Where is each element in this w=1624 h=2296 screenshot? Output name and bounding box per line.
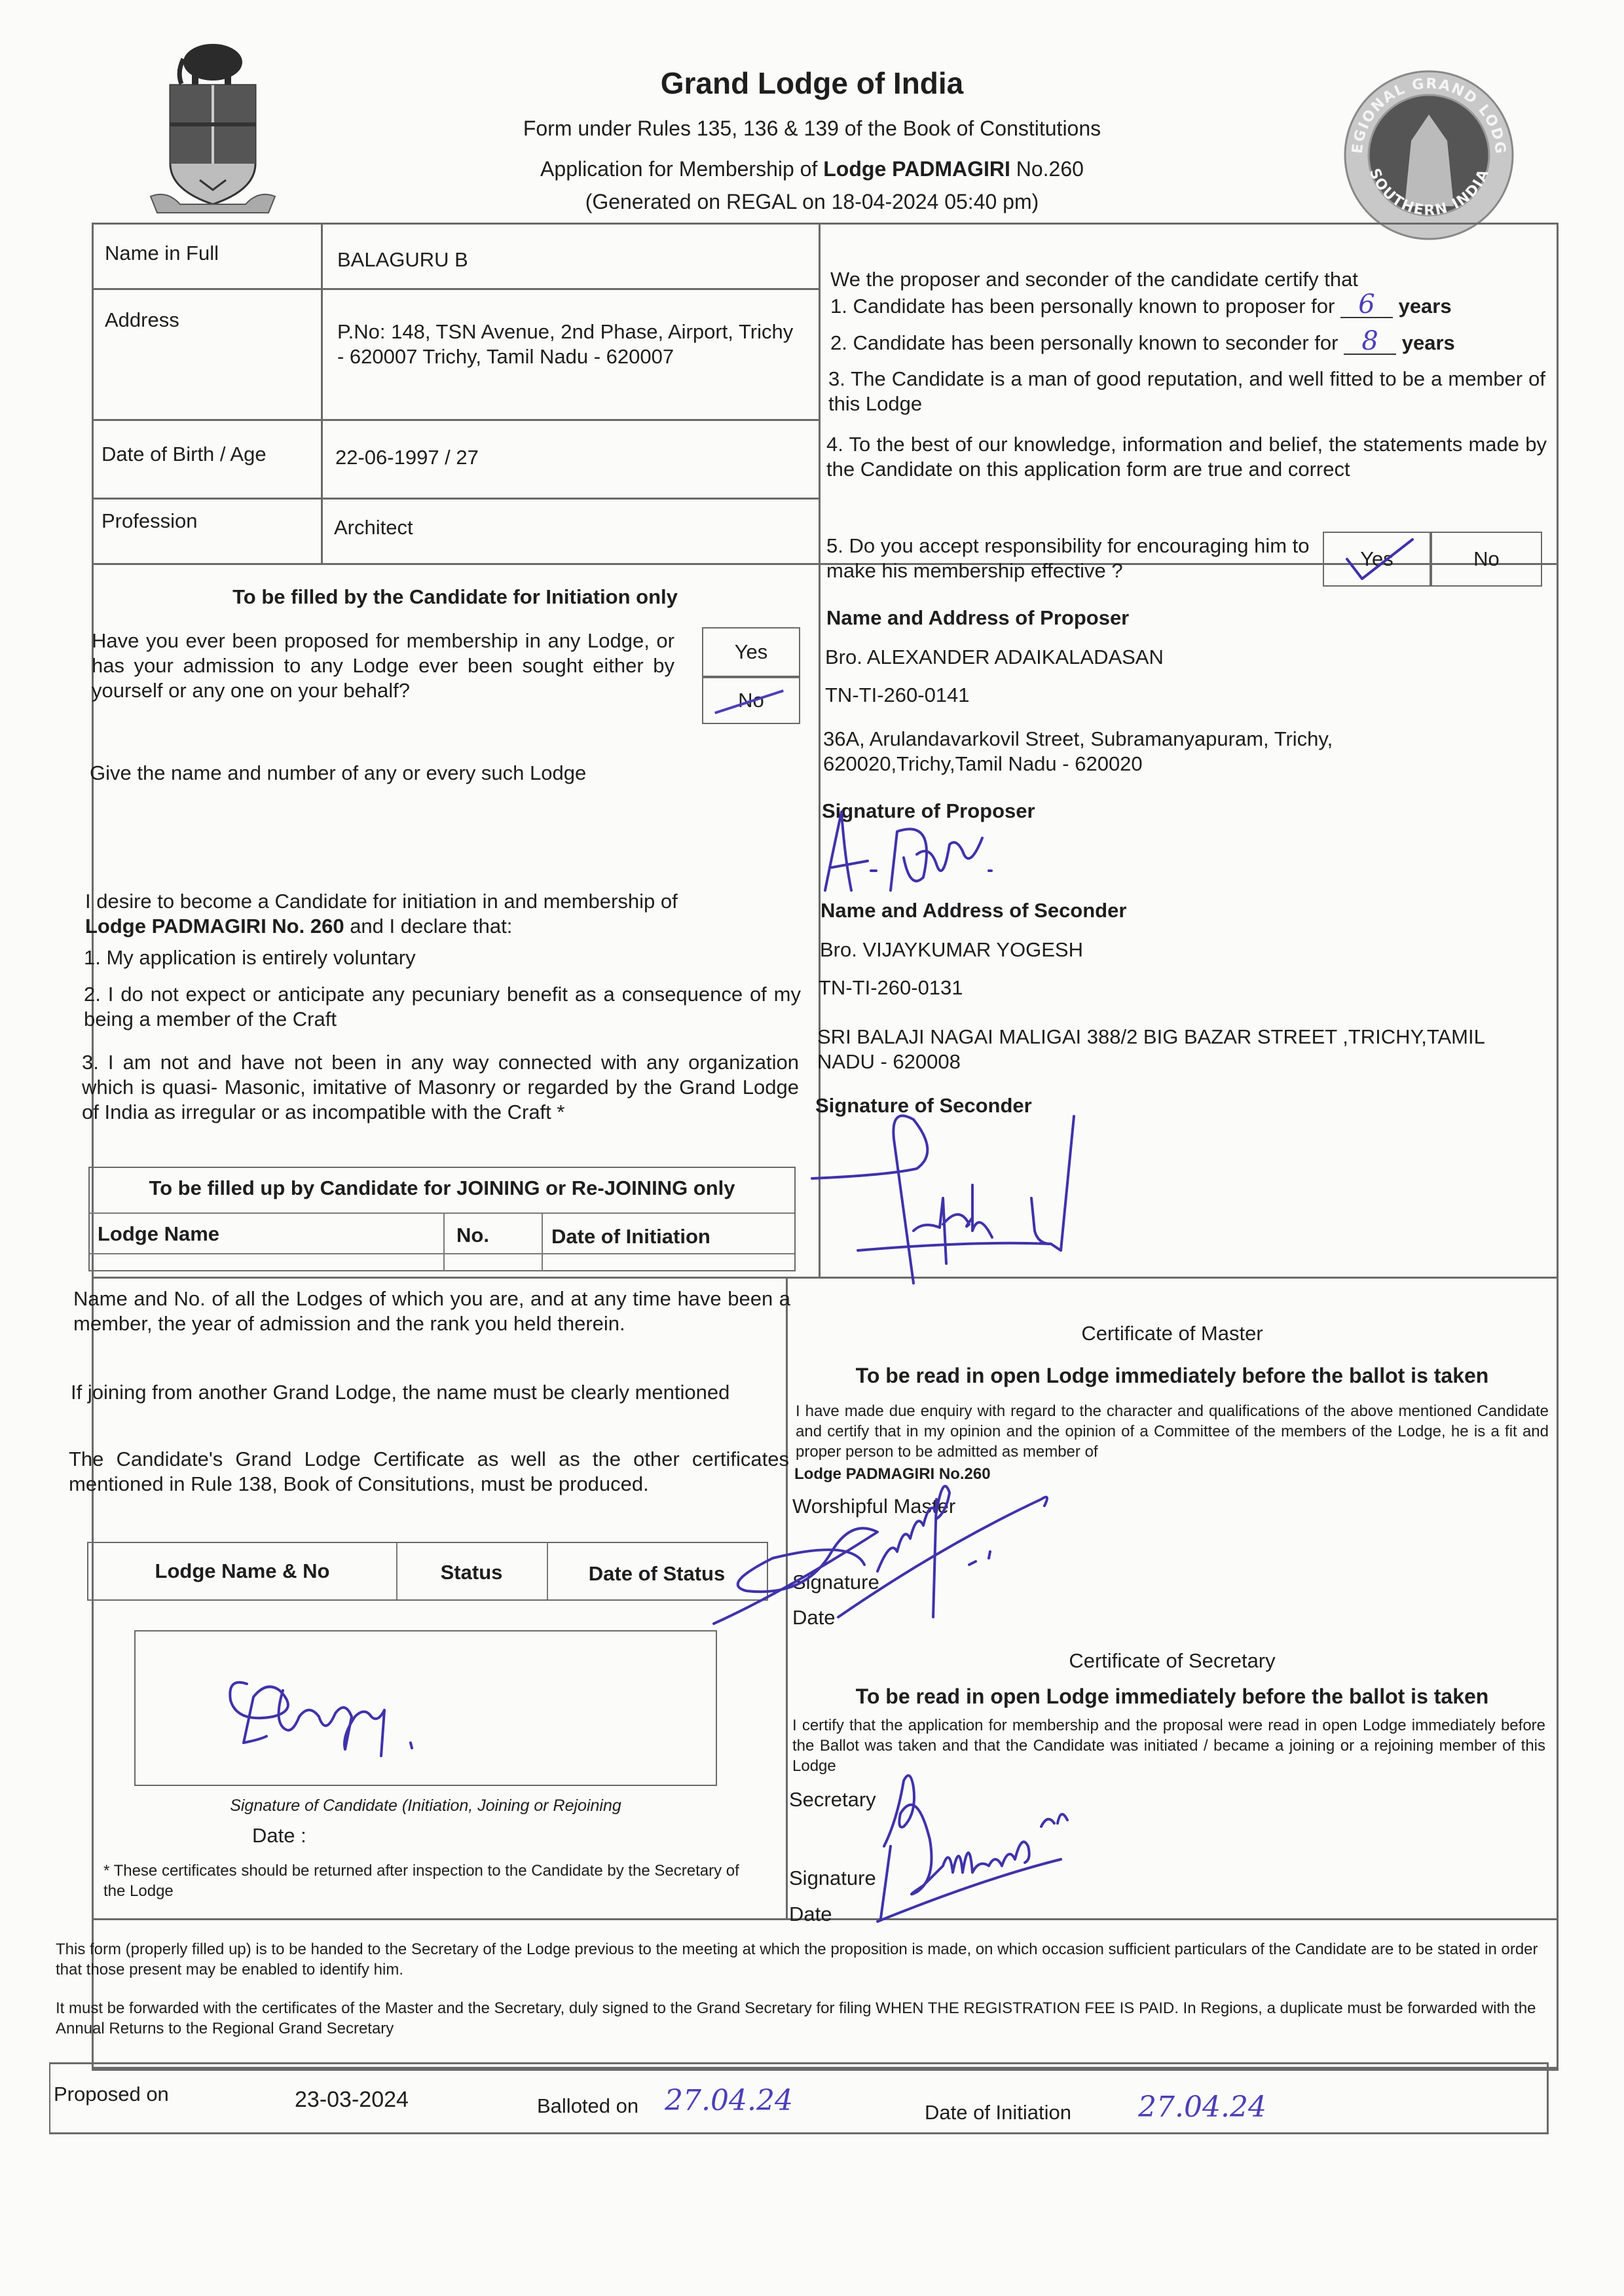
declaration-item-3: 3. I am not and have not been in any way… bbox=[82, 1050, 799, 1125]
master-cert-subtitle: To be read in open Lodge immediately bef… bbox=[786, 1363, 1559, 1388]
divider bbox=[92, 419, 819, 421]
certificates-footnote: * These certificates should be returned … bbox=[103, 1861, 758, 1901]
years-label: years bbox=[1402, 331, 1455, 354]
seconder-address: SRI BALAJI NAGAI MALIGAI 388/2 BIG BAZAR… bbox=[817, 1025, 1538, 1074]
declaration-item-1: 1. My application is entirely voluntary bbox=[84, 945, 801, 970]
joining-table-heading: To be filled up by Candidate for JOINING… bbox=[90, 1176, 794, 1201]
profession-value: Architect bbox=[334, 515, 413, 540]
balloted-on-label: Balloted on bbox=[537, 2094, 638, 2119]
proposer-reg-no: TN-TI-260-0141 bbox=[825, 683, 970, 708]
certify-item-2: 2. Candidate has been personally known t… bbox=[830, 329, 1544, 355]
proposer-name: Bro. ALEXANDER ADAIKALADASAN bbox=[825, 645, 1164, 670]
certify-item-3: 3. The Candidate is a man of good reputa… bbox=[828, 367, 1545, 416]
divider bbox=[90, 1212, 794, 1214]
no-label: No bbox=[1473, 547, 1500, 571]
regional-seal-icon: REGIONAL GRAND LODGE SOUTHERN INDIA bbox=[1342, 69, 1516, 242]
joining-table: To be filled up by Candidate for JOINING… bbox=[88, 1167, 796, 1271]
name-label: Name in Full bbox=[105, 241, 219, 266]
seconder-name: Bro. VIJAYKUMAR YOGESH bbox=[820, 938, 1083, 962]
candidate-date-label: Date : bbox=[252, 1823, 306, 1848]
column-header-status: Status bbox=[396, 1560, 547, 1585]
date-of-initiation-value[interactable]: 27.04.24 bbox=[1138, 2095, 1266, 2120]
certify-item-4: 4. To the best of our knowledge, informa… bbox=[826, 432, 1547, 482]
divider bbox=[90, 1253, 794, 1254]
responsibility-no-option[interactable]: No bbox=[1431, 532, 1542, 587]
divider bbox=[542, 1212, 543, 1271]
proposer-heading: Name and Address of Proposer bbox=[826, 606, 1129, 630]
candidate-signature-box[interactable] bbox=[134, 1630, 717, 1786]
column-header-date-of-initiation: Date of Initiation bbox=[551, 1224, 710, 1249]
proposer-years-field[interactable]: 6 bbox=[1340, 292, 1393, 318]
instructions-paragraph-2: It must be forwarded with the certificat… bbox=[56, 1998, 1549, 2039]
initiation-heading: To be filled by the Candidate for Initia… bbox=[92, 585, 819, 610]
lodges-paragraph-2: If joining from another Grand Lodge, the… bbox=[71, 1380, 788, 1405]
master-cert-body: I have made due enquiry with regard to t… bbox=[796, 1401, 1549, 1462]
proposed-on-value: 23-03-2024 bbox=[295, 2087, 409, 2112]
item1-text: 1. Candidate has been personally known t… bbox=[830, 295, 1335, 318]
initiation-yes-option[interactable]: Yes bbox=[702, 627, 800, 677]
address-label: Address bbox=[105, 308, 179, 333]
column-header-lodge-name: Lodge Name bbox=[98, 1222, 219, 1247]
declaration-intro: I desire to become a Candidate for initi… bbox=[85, 889, 802, 914]
lodges-paragraph-3: The Candidate's Grand Lodge Certificate … bbox=[69, 1447, 789, 1497]
footer-row bbox=[49, 2062, 1549, 2134]
lodge-name-bold: Lodge PADMAGIRI bbox=[823, 157, 1010, 181]
proposed-on-label: Proposed on bbox=[54, 2082, 169, 2107]
balloted-on-value[interactable]: 27.04.24 bbox=[665, 2088, 793, 2113]
dob-value: 22-06-1997 / 27 bbox=[335, 445, 479, 470]
date-of-initiation-label: Date of Initiation bbox=[925, 2100, 1071, 2125]
name-value: BALAGURU B bbox=[337, 247, 468, 272]
responsibility-yes-option[interactable]: Yes bbox=[1323, 532, 1431, 587]
column-header-lodge-name-no: Lodge Name & No bbox=[88, 1559, 396, 1584]
initiation-question: Have you ever been proposed for membersh… bbox=[92, 629, 674, 703]
lodge-name-prompt: Give the name and number of any or every… bbox=[90, 761, 810, 786]
master-cert-title: Certificate of Master bbox=[786, 1321, 1559, 1346]
secretary-signature bbox=[851, 1761, 1126, 1925]
seconder-signature bbox=[809, 1100, 1123, 1283]
item2-text: 2. Candidate has been personally known t… bbox=[830, 331, 1338, 354]
divider bbox=[92, 288, 819, 290]
seconder-years-field[interactable]: 8 bbox=[1344, 329, 1396, 355]
lodge-number: No.260 bbox=[1010, 157, 1084, 181]
checkmark-icon bbox=[1344, 536, 1416, 582]
divider bbox=[443, 1212, 445, 1271]
certify-item-1: 1. Candidate has been personally known t… bbox=[830, 292, 1544, 319]
secretary-cert-subtitle: To be read in open Lodge immediately bef… bbox=[786, 1684, 1559, 1709]
divider bbox=[92, 498, 819, 500]
column-header-no: No. bbox=[456, 1223, 489, 1248]
certify-item-5: 5. Do you accept responsibility for enco… bbox=[826, 534, 1311, 583]
years-label: years bbox=[1399, 295, 1452, 318]
lodges-paragraph-1: Name and No. of all the Lodges of which … bbox=[73, 1286, 790, 1336]
declaration-suffix: and I declare that: bbox=[344, 915, 513, 938]
seconder-reg-no: TN-TI-260-0131 bbox=[819, 975, 963, 1000]
declaration-lodge-line: Lodge PADMAGIRI No. 260 and I declare th… bbox=[85, 914, 802, 939]
dob-label: Date of Birth / Age bbox=[101, 442, 267, 467]
page-header: Grand Lodge of India Form under Rules 13… bbox=[0, 0, 1624, 236]
lodges-table: Lodge Name & No Status Date of Status bbox=[87, 1542, 768, 1601]
address-value: P.No: 148, TSN Avenue, 2nd Phase, Airpor… bbox=[337, 319, 796, 369]
secretary-cert-title: Certificate of Secretary bbox=[786, 1649, 1559, 1673]
secretary-date-label: Date bbox=[789, 1902, 832, 1927]
instructions-paragraph-1: This form (properly filled up) is to be … bbox=[56, 1939, 1549, 1980]
seconder-heading: Name and Address of Seconder bbox=[821, 898, 1126, 923]
application-prefix: Application for Membership of bbox=[540, 157, 823, 181]
divider bbox=[321, 223, 323, 563]
candidate-signature bbox=[221, 1671, 470, 1769]
candidate-signature-caption: Signature of Candidate (Initiation, Join… bbox=[134, 1795, 717, 1816]
declaration-item-2: 2. I do not expect or anticipate any pec… bbox=[84, 982, 801, 1032]
initiation-no-option[interactable]: No bbox=[702, 677, 800, 724]
certify-intro: We the proposer and seconder of the cand… bbox=[830, 267, 1544, 292]
profession-label: Profession bbox=[101, 509, 197, 534]
proposer-signature bbox=[819, 805, 1048, 897]
declaration-lodge: Lodge PADMAGIRI No. 260 bbox=[85, 915, 344, 938]
yes-label: Yes bbox=[735, 640, 768, 664]
master-signature bbox=[707, 1460, 1100, 1630]
proposer-address: 36A, Arulandavarkovil Street, Subramanya… bbox=[823, 727, 1465, 776]
